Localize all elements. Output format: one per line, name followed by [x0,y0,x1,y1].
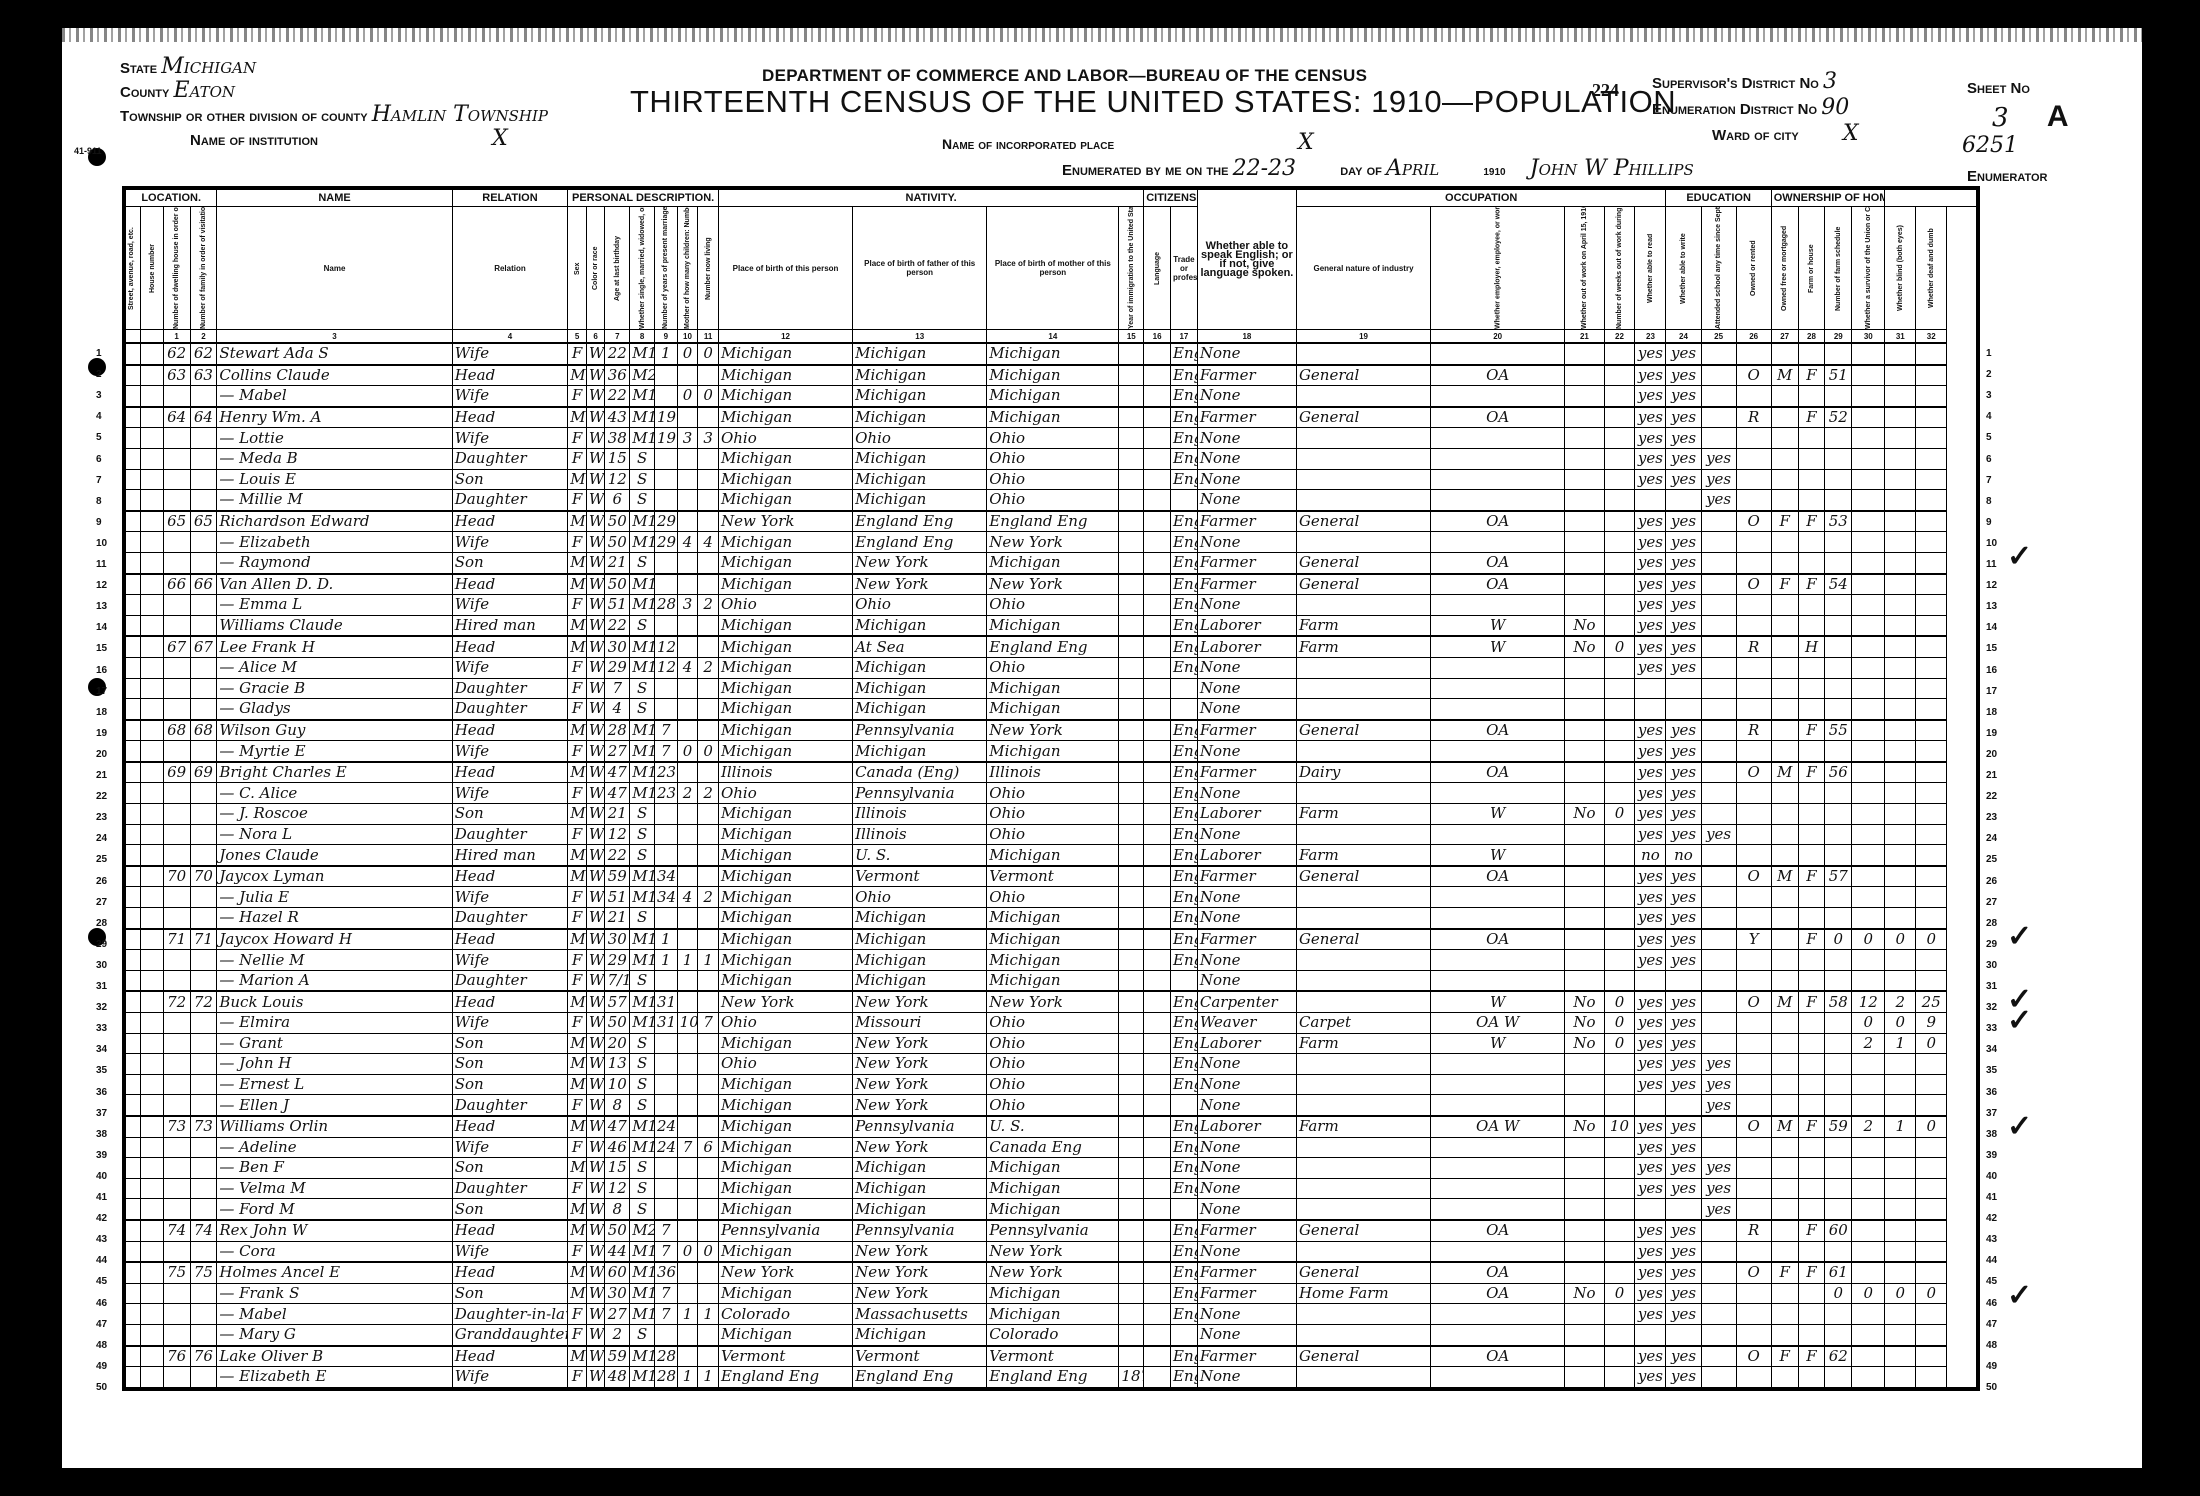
cell-yrs [654,824,677,845]
column-header: Color or race [586,207,605,330]
cell-immig [1119,804,1144,825]
cell-born [677,511,698,532]
cell-write: yes [1666,407,1701,428]
line-number: 21 [96,770,107,781]
cell-fpob: Michigan [853,386,987,407]
cell-pob: Illinois [718,762,852,783]
cell-fam [190,595,217,616]
cell-empty [141,1241,164,1262]
cell-empty [124,1095,141,1116]
cell-s31 [1885,595,1916,616]
cell-s30: 2 [1852,1116,1885,1137]
cell-pob: New York [718,991,852,1012]
cell-dw [163,970,190,991]
cell-weeks [1604,469,1635,490]
cell-trade: None [1197,469,1296,490]
cell-school [1701,1116,1736,1137]
cell-rel: Head [452,1346,568,1367]
cell-s30 [1852,804,1885,825]
cell-out [1565,970,1604,991]
cell-fpob: Ohio [853,428,987,449]
line-number: 8 [1986,496,1992,507]
cell-ms: M1 [630,1116,655,1137]
cell-own: O [1736,1116,1771,1137]
column-number: 1 [163,330,190,344]
cell-weeks [1604,699,1635,720]
line-number: 12 [1986,580,1997,591]
cell-own [1736,1074,1771,1095]
cell-fam [190,887,217,908]
cell-pob: Ohio [718,1054,852,1075]
cell-s31 [1885,636,1916,657]
cell-fpob: Michigan [853,657,987,678]
cell-fpob: Michigan [853,699,987,720]
cell-trade: Farmer [1197,574,1296,595]
cell-rel: Son [452,469,568,490]
cell-trade: None [1197,908,1296,929]
cell-nat [1144,1013,1171,1034]
cell-read: yes [1635,511,1666,532]
cell-fam [190,699,217,720]
cell-yrs [654,1054,677,1075]
cell-write: yes [1666,929,1701,950]
cell-farm [1798,970,1825,991]
cell-fpob: Illinois [853,824,987,845]
cell-race: W [586,1074,605,1095]
cell-out [1565,1178,1604,1199]
cell-empty [124,1367,141,1389]
cell-sched [1825,845,1852,866]
cell-ms: S [630,1178,655,1199]
cell-sched: 54 [1825,574,1852,595]
cell-dw [163,824,190,845]
cell-empty [124,490,141,511]
cell-lang [1171,1095,1198,1116]
cell-sched [1825,386,1852,407]
cell-school: yes [1701,1074,1736,1095]
cell-lang: English [1171,824,1198,845]
cell-own: R [1736,636,1771,657]
cell-s31 [1885,1241,1916,1262]
cell-name: — Gladys [217,699,452,720]
cell-fam [190,552,217,573]
column-header: Number of dwelling house in order of vis… [163,207,190,330]
cell-living: 2 [698,595,719,616]
cell-sched [1825,908,1852,929]
cell-age: 44 [605,1241,630,1262]
cell-read: no [1635,845,1666,866]
cell-ms: S [630,804,655,825]
cell-free [1771,929,1798,950]
cell-sex: F [568,678,587,699]
cell-own [1736,845,1771,866]
cell-ind [1296,950,1430,971]
cell-mpob: Ohio [987,448,1119,469]
cell-born: 4 [677,887,698,908]
cell-empty [124,720,141,741]
cell-farm: F [1798,1262,1825,1283]
cell-rel: Wife [452,783,568,804]
cell-s32 [1916,1304,1947,1325]
line-number: 38 [96,1129,107,1140]
cell-ms: M2 [630,1220,655,1241]
cell-nat [1144,1116,1171,1137]
cell-emp [1431,1178,1565,1199]
cell-school [1701,1367,1736,1389]
column-header: Sex [568,207,587,330]
column-number: 15 [1119,330,1144,344]
line-number: 22 [1986,791,1997,802]
cell-lang: English [1171,866,1198,887]
column-header: General nature of industry [1296,207,1430,330]
cell-rel: Head [452,1116,568,1137]
cell-s30 [1852,783,1885,804]
cell-pob: England Eng [718,1367,852,1389]
cell-empty [124,887,141,908]
cell-living [698,866,719,887]
cell-own [1736,532,1771,553]
cell-age: 22 [605,615,630,636]
cell-emp [1431,950,1565,971]
cell-lang: English [1171,741,1198,762]
cell-read: yes [1635,532,1666,553]
cell-born [677,1324,698,1345]
cell-sex: F [568,783,587,804]
cell-lang: English [1171,386,1198,407]
cell-write: yes [1666,1054,1701,1075]
cell-school [1701,950,1736,971]
cell-name: Wilson Guy [217,720,452,741]
cell-born [677,991,698,1012]
cell-ind [1296,448,1430,469]
cell-free [1771,407,1798,428]
cell-dw [163,428,190,449]
cell-fpob: Michigan [853,365,987,386]
cell-sex: M [568,615,587,636]
cell-pob: Michigan [718,574,852,595]
cell-s32 [1916,615,1947,636]
cell-age: 29 [605,657,630,678]
cell-race: W [586,866,605,887]
cell-immig [1119,343,1144,365]
cell-s30 [1852,343,1885,365]
cell-read: yes [1635,866,1666,887]
line-number: 36 [96,1087,107,1098]
cell-s32: 0 [1916,1033,1947,1054]
cell-pob: Ohio [718,783,852,804]
cell-mpob: Ohio [987,783,1119,804]
cell-rel: Daughter [452,490,568,511]
cell-mpob: Ohio [987,657,1119,678]
cell-empty [141,552,164,573]
cell-living: 2 [698,657,719,678]
cell-s31 [1885,804,1916,825]
cell-born: 1 [677,1304,698,1325]
line-number: 40 [96,1171,107,1182]
cell-living [698,678,719,699]
cell-sched [1825,950,1852,971]
cell-name: Lake Oliver B [217,1346,452,1367]
cell-mpob: England Eng [987,1367,1119,1389]
cell-pob: Michigan [718,866,852,887]
cell-yrs [654,1033,677,1054]
cell-ms: M1 [630,1367,655,1389]
cell-free [1771,699,1798,720]
line-number: 28 [1986,918,1997,929]
cell-race: W [586,615,605,636]
cell-nat [1144,1178,1171,1199]
cell-own [1736,386,1771,407]
line-number: 27 [96,897,107,908]
column-number: 8 [630,330,655,344]
cell-race: W [586,1220,605,1241]
cell-weeks [1604,615,1635,636]
cell-yrs: 36 [654,1262,677,1283]
cell-sex: M [568,469,587,490]
cell-yrs: 29 [654,511,677,532]
cell-mpob: Michigan [987,1199,1119,1220]
cell-out: No [1565,1013,1604,1034]
table-row: 7676Lake Oliver BHeadMW59M128VermontVerm… [124,1346,1978,1367]
cell-out [1565,1241,1604,1262]
cell-read: yes [1635,1137,1666,1158]
cell-yrs [654,615,677,636]
cell-sched [1825,552,1852,573]
cell-out: No [1565,991,1604,1012]
cell-age: 7/12 [605,970,630,991]
group-ownership: OWNERSHIP OF HOME [1771,188,1885,207]
cell-dw [163,1013,190,1034]
cell-empty [124,365,141,386]
cell-born [677,970,698,991]
cell-out [1565,574,1604,595]
cell-mpob: Ohio [987,1074,1119,1095]
cell-sex: F [568,970,587,991]
cell-weeks [1604,1074,1635,1095]
cell-immig [1119,574,1144,595]
cell-born: 3 [677,428,698,449]
cell-pob: Ohio [718,428,852,449]
cell-sched [1825,1158,1852,1179]
cell-nat [1144,1283,1171,1304]
cell-ms: S [630,1199,655,1220]
cell-lang: English [1171,887,1198,908]
cell-dw [163,1158,190,1179]
cell-born [677,1283,698,1304]
cell-school [1701,741,1736,762]
cell-name: — Emma L [217,595,452,616]
cell-free: M [1771,991,1798,1012]
cell-s31: 1 [1885,1116,1916,1137]
cell-s30 [1852,1158,1885,1179]
cell-mpob: Ohio [987,804,1119,825]
cell-mpob: Michigan [987,365,1119,386]
table-row: — Mary GGranddaughterFW2SMichiganMichiga… [124,1324,1978,1345]
cell-rel: Son [452,1158,568,1179]
cell-s30 [1852,678,1885,699]
cell-s31 [1885,1367,1916,1389]
line-number: 3 [1986,390,1992,401]
cell-born [677,1346,698,1367]
cell-emp: OA [1431,511,1565,532]
cell-farm [1798,824,1825,845]
cell-mpob: New York [987,574,1119,595]
cell-read: yes [1635,469,1666,490]
column-header: Trade or profession [1171,207,1198,330]
cell-farm [1798,595,1825,616]
cell-ind: General [1296,574,1430,595]
cell-fam [190,845,217,866]
cell-own: O [1736,511,1771,532]
cell-pob: Pennsylvania [718,1220,852,1241]
cell-yrs [654,1178,677,1199]
table-row: 6969Bright Charles EHeadMW47M123Illinois… [124,762,1978,783]
cell-ms: S [630,678,655,699]
cell-nat [1144,908,1171,929]
column-number: 29 [1825,330,1852,344]
cell-emp: OA [1431,407,1565,428]
cell-nat [1144,887,1171,908]
cell-fam: 62 [190,343,217,365]
cell-living: 1 [698,950,719,971]
column-header: Number of weeks out of work during year … [1604,207,1635,330]
cell-dw [163,448,190,469]
cell-mpob: Michigan [987,845,1119,866]
cell-age: 15 [605,1158,630,1179]
cell-nat [1144,574,1171,595]
cell-lang: English [1171,532,1198,553]
cell-race: W [586,970,605,991]
column-number: 26 [1736,330,1771,344]
cell-write: yes [1666,1220,1701,1241]
cell-immig [1119,1262,1144,1283]
enumerated-days: 22-23 [1233,156,1296,181]
cell-farm [1798,386,1825,407]
cell-immig [1119,532,1144,553]
cell-mpob: Michigan [987,970,1119,991]
cell-trade: None [1197,448,1296,469]
cell-empty [141,991,164,1012]
cell-ms: M1 [630,343,655,365]
cell-farm: F [1798,1220,1825,1241]
cell-empty [141,866,164,887]
cell-fpob: New York [853,1262,987,1283]
cell-rel: Hired man [452,615,568,636]
cell-out [1565,1220,1604,1241]
cell-fpob: New York [853,574,987,595]
cell-sex: F [568,1178,587,1199]
cell-weeks [1604,1178,1635,1199]
cell-s31 [1885,699,1916,720]
cell-nat [1144,1324,1171,1345]
cell-lang: English [1171,636,1198,657]
cell-age: 8 [605,1095,630,1116]
cell-sex: F [568,657,587,678]
incorporated-place-value: X [1298,130,1314,155]
cell-ind: Farm [1296,845,1430,866]
cell-ind [1296,469,1430,490]
cell-ind [1296,1367,1430,1389]
cell-lang: English [1171,1241,1198,1262]
cell-race: W [586,678,605,699]
cell-emp: OA W [1431,1013,1565,1034]
cell-living [698,407,719,428]
cell-write [1666,1324,1701,1345]
line-number: 42 [1986,1213,1997,1224]
cell-nat [1144,532,1171,553]
cell-farm [1798,657,1825,678]
cell-write: yes [1666,1262,1701,1283]
cell-pob: Ohio [718,1013,852,1034]
cell-weeks [1604,1324,1635,1345]
cell-read: yes [1635,1158,1666,1179]
cell-s32 [1916,595,1947,616]
cell-name: — Raymond [217,552,452,573]
cell-yrs [654,574,677,595]
cell-mpob: England Eng [987,511,1119,532]
cell-rel: Wife [452,887,568,908]
cell-school [1701,365,1736,386]
cell-born [677,929,698,950]
cell-school [1701,991,1736,1012]
cell-out [1565,845,1604,866]
cell-s30 [1852,887,1885,908]
cell-race: W [586,428,605,449]
cell-fpob: New York [853,1074,987,1095]
cell-name: Buck Louis [217,991,452,1012]
cell-trade: None [1197,741,1296,762]
cell-lang: English [1171,1033,1198,1054]
line-number: 13 [1986,601,1997,612]
cell-trade: Farmer [1197,720,1296,741]
cell-fam: 64 [190,407,217,428]
line-number: 40 [1986,1171,1997,1182]
cell-race: W [586,1262,605,1283]
cell-mpob: Michigan [987,699,1119,720]
cell-s32: 0 [1916,1116,1947,1137]
cell-fam [190,1013,217,1034]
cell-race: W [586,448,605,469]
cell-empty [124,1241,141,1262]
cell-sex: M [568,1262,587,1283]
cell-school [1701,574,1736,595]
cell-write: yes [1666,804,1701,825]
cell-own [1736,678,1771,699]
cell-fam: 68 [190,720,217,741]
cell-own [1736,1324,1771,1345]
cell-born [677,448,698,469]
cell-emp: OA [1431,1346,1565,1367]
cell-own [1736,469,1771,490]
cell-nat [1144,636,1171,657]
cell-weeks [1604,1304,1635,1325]
cell-fam: 75 [190,1262,217,1283]
cell-empty [141,428,164,449]
cell-fpob: New York [853,552,987,573]
cell-pob: Michigan [718,448,852,469]
table-row: 6767Lee Frank HHeadMW30M112MichiganAt Se… [124,636,1978,657]
cell-read: yes [1635,1220,1666,1241]
column-header: Attended school any time since September… [1701,207,1736,330]
cell-age: 10 [605,1074,630,1095]
cell-emp [1431,1137,1565,1158]
cell-sex: M [568,1116,587,1137]
cell-emp: W [1431,845,1565,866]
cell-s32 [1916,1054,1947,1075]
cell-fam: 65 [190,511,217,532]
group-relation: RELATION [452,188,568,207]
cell-dw: 62 [163,343,190,365]
